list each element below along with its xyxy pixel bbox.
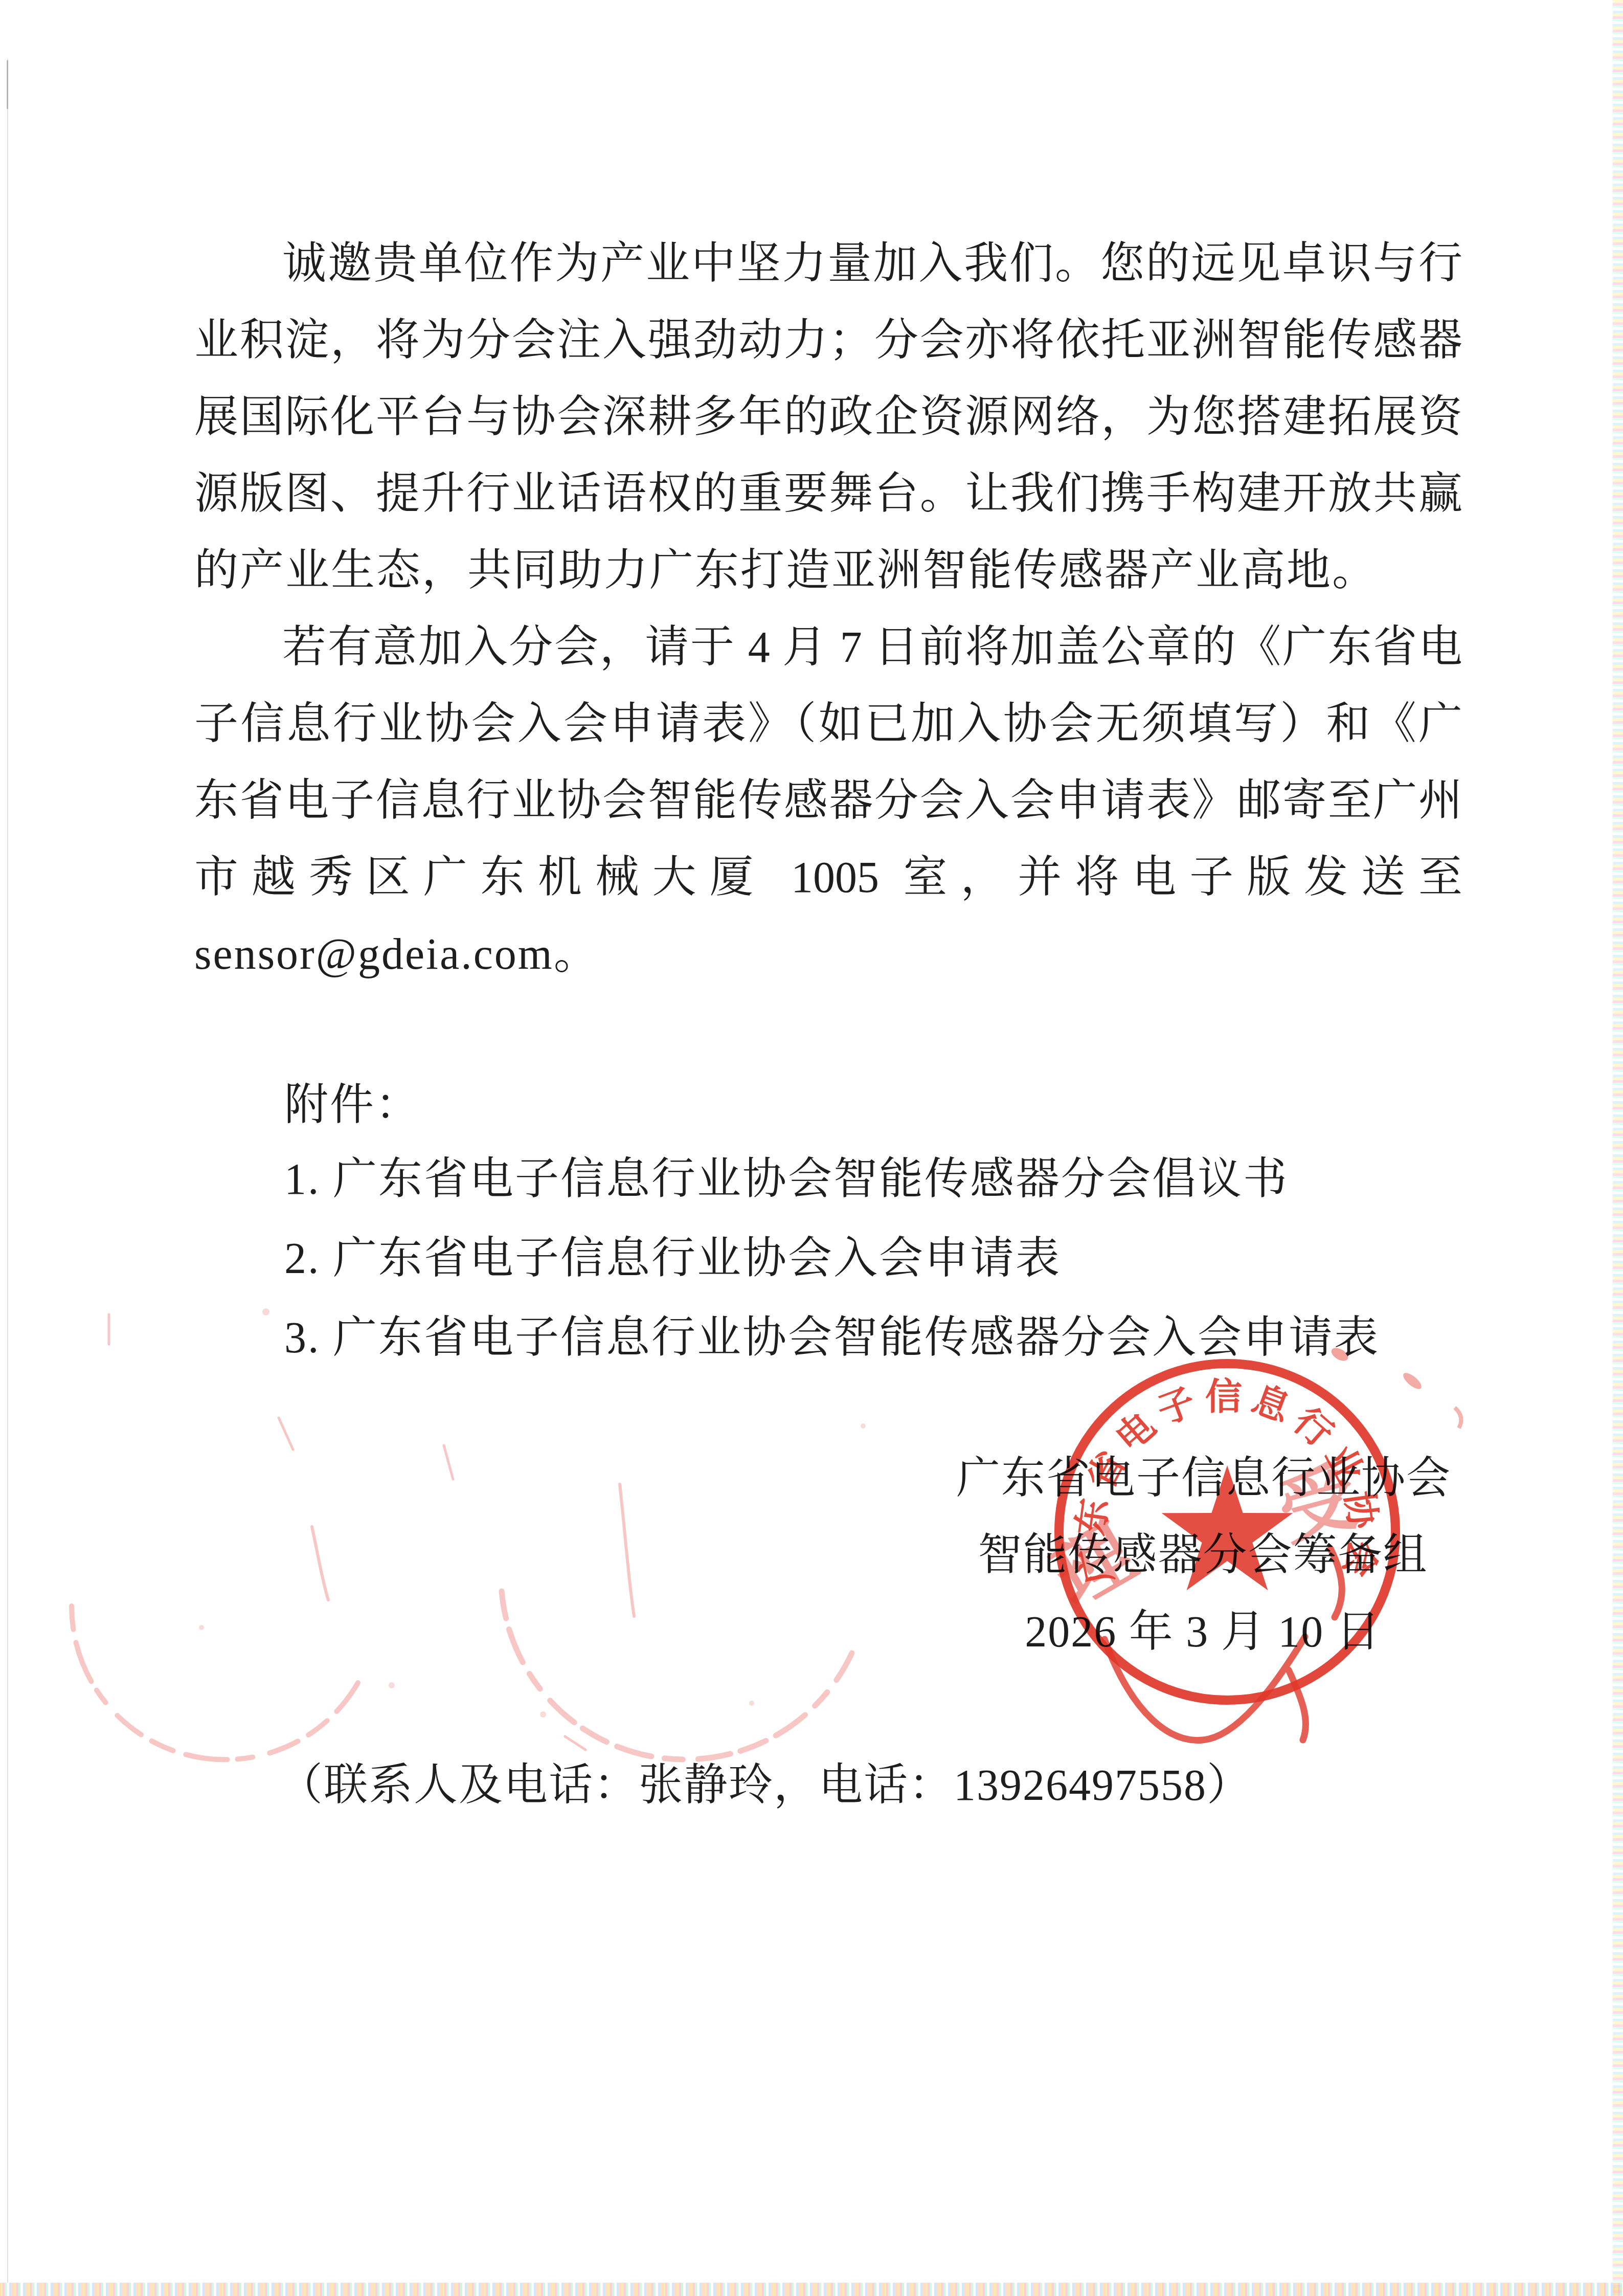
- body-line: 若有意加入分会，请于 4 月 7 日前将加盖公章的《广东省电: [194, 609, 1462, 685]
- body-line: 展国际化平台与协会深耕多年的政企资源网络，为您搭建拓展资: [194, 378, 1462, 455]
- faint-stamp-ghost: [72, 1314, 852, 1759]
- scan-noise-right: [1613, 0, 1623, 2296]
- attachments-label: 附件：: [284, 1066, 421, 1143]
- attachment-item: 1. 广东省电子信息行业协会智能传感器分会倡议书: [284, 1141, 1289, 1217]
- scan-edge-line: [7, 59, 8, 2283]
- contact-line: （联系人及电话：张静玲，电话：13926497558）: [279, 1747, 1252, 1823]
- attachment-item: 2. 广东省电子信息行业协会入会申请表: [284, 1220, 1061, 1297]
- body-line: 子信息行业协会入会申请表》（如已加入协会无须填写）和《广: [194, 685, 1462, 762]
- signature-org: 广东省电子信息行业协会: [956, 1440, 1450, 1517]
- body-line: 诚邀贵单位作为产业中坚力量加入我们。您的远见卓识与行: [194, 225, 1462, 302]
- scanned-letter-page: 诚邀贵单位作为产业中坚力量加入我们。您的远见卓识与行 业积淀，将为分会注入强劲动…: [0, 0, 1623, 2296]
- scan-edge-line-dark: [7, 60, 8, 109]
- body-line: 的产业生态，共同助力广东打造亚洲智能传感器产业高地。: [194, 532, 1462, 609]
- signature-block: 广东省电子信息行业协会 智能传感器分会筹备组 2026 年 3 月 10 日: [956, 1440, 1450, 1670]
- signature-group: 智能传感器分会筹备组: [956, 1517, 1450, 1593]
- email-address: sensor@gdeia.com。: [194, 916, 1462, 992]
- body-line: 东省电子信息行业协会智能传感器分会入会申请表》邮寄至广州: [194, 762, 1462, 839]
- body-line: 市越秀区广东机械大厦 1005 室，并将电子版发送至: [194, 839, 1462, 916]
- scan-noise-bottom: [0, 2283, 1623, 2296]
- paragraph-application-instructions: 若有意加入分会，请于 4 月 7 日前将加盖公章的《广东省电 子信息行业协会入会…: [194, 609, 1462, 992]
- body-line: 源版图、提升行业话语权的重要舞台。让我们携手构建开放共赢: [194, 455, 1462, 532]
- attachment-item: 3. 广东省电子信息行业协会智能传感器分会入会申请表: [284, 1299, 1380, 1376]
- body-line: 业积淀，将为分会注入强劲动力；分会亦将依托亚洲智能传感器: [194, 302, 1462, 378]
- signature-date: 2026 年 3 月 10 日: [956, 1593, 1450, 1670]
- paragraph-invitation: 诚邀贵单位作为产业中坚力量加入我们。您的远见卓识与行 业积淀，将为分会注入强劲动…: [194, 225, 1462, 609]
